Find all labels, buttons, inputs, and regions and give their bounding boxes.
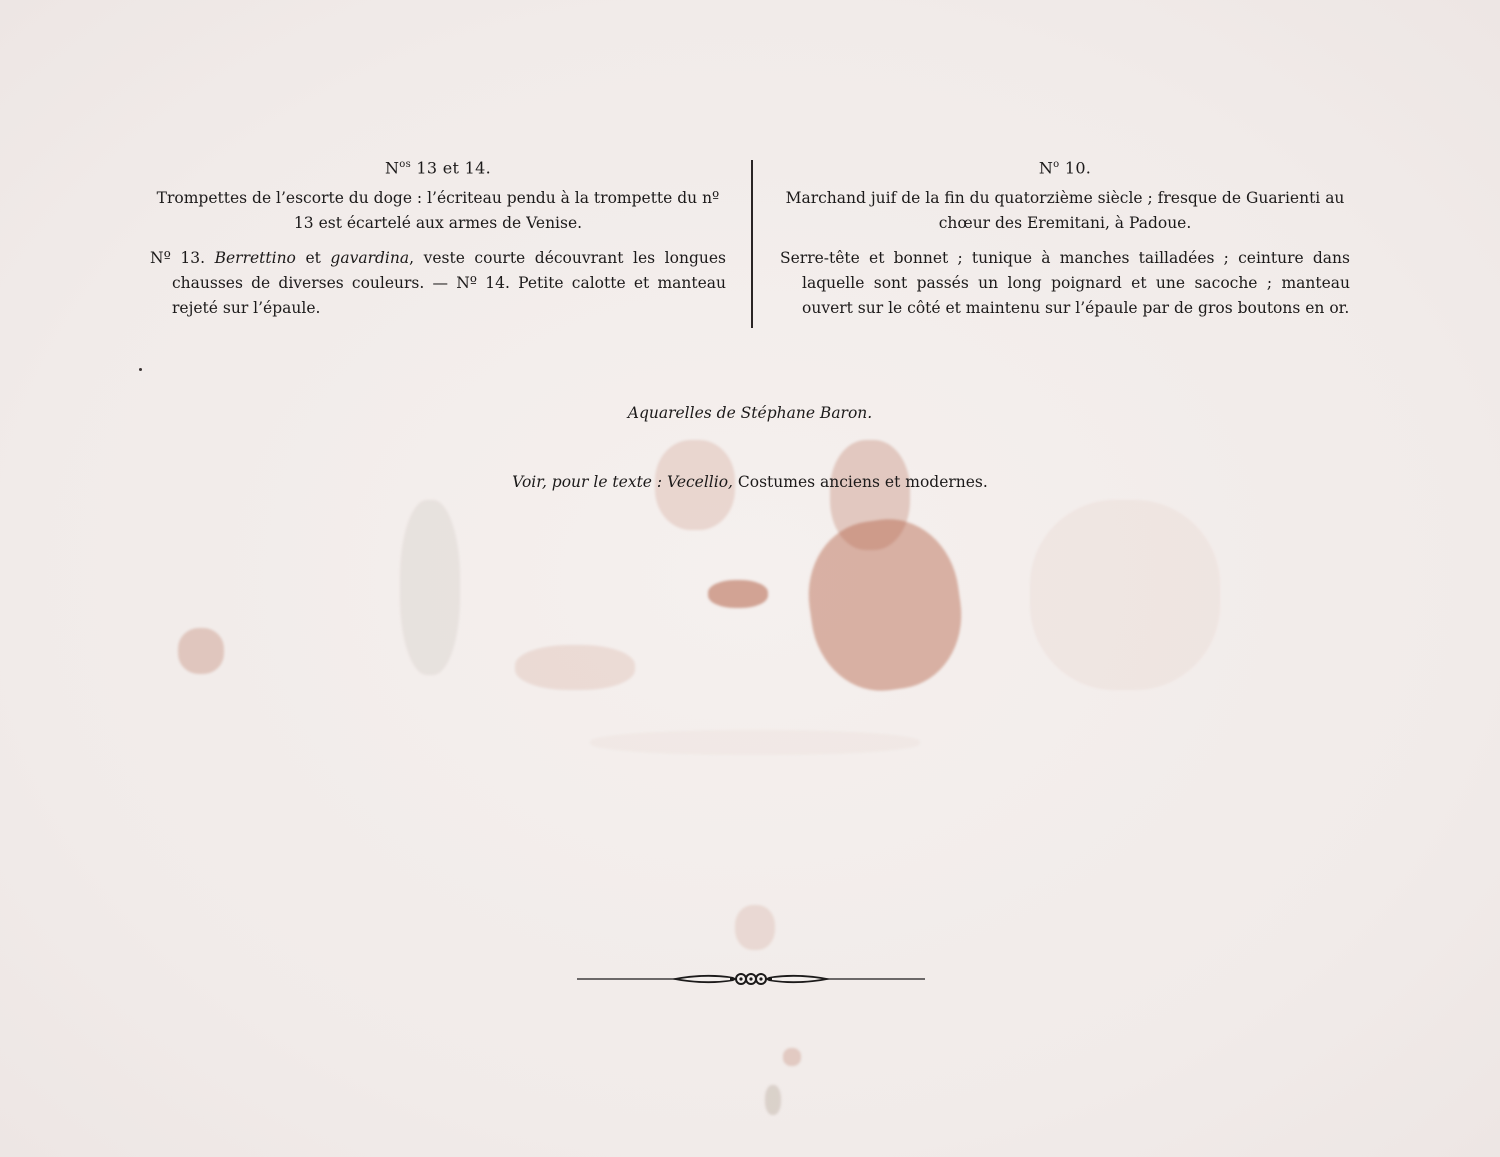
- right-column-description: Serre-tête et bonnet ; tunique à manches…: [780, 246, 1350, 321]
- desc-term-gavardina: gavardina: [330, 249, 409, 267]
- left-column-caption: Trompettes de l’escorte du doge : l’écri…: [150, 186, 726, 236]
- desc-prefix: Nº 13.: [150, 249, 215, 267]
- flourish-ornament-icon: [575, 968, 927, 990]
- illustrator-credit: Aquarelles de Stéphane Baron.: [0, 404, 1500, 422]
- heading-superscript: os: [399, 159, 411, 170]
- source-author: Voir, pour le texte : Vecellio,: [512, 473, 733, 491]
- heading-prefix: N: [385, 158, 399, 177]
- left-column-heading: Nos 13 et 14.: [150, 152, 726, 180]
- left-column: Nos 13 et 14. Trompettes de l’escorte du…: [150, 152, 726, 321]
- desc-conjunction: et: [296, 249, 331, 267]
- right-column: No 10. Marchand juif de la fin du quator…: [780, 152, 1350, 321]
- scanned-page: Nos 13 et 14. Trompettes de l’escorte du…: [0, 0, 1500, 1157]
- right-column-caption: Marchand juif de la fin du quatorzième s…: [780, 186, 1350, 236]
- desc-term-berrettino: Berrettino: [215, 249, 296, 267]
- column-divider: [751, 160, 753, 328]
- stray-mark: [139, 368, 142, 371]
- heading-prefix: N: [1039, 158, 1053, 177]
- heading-number: 10.: [1059, 158, 1091, 177]
- left-column-description: Nº 13. Berrettino et gavardina, veste co…: [150, 246, 726, 321]
- source-reference: Voir, pour le texte : Vecellio, Costumes…: [0, 473, 1500, 491]
- right-column-heading: No 10.: [780, 152, 1350, 180]
- source-title: Costumes anciens et modernes.: [733, 473, 988, 491]
- heading-number: 13 et 14.: [411, 158, 491, 177]
